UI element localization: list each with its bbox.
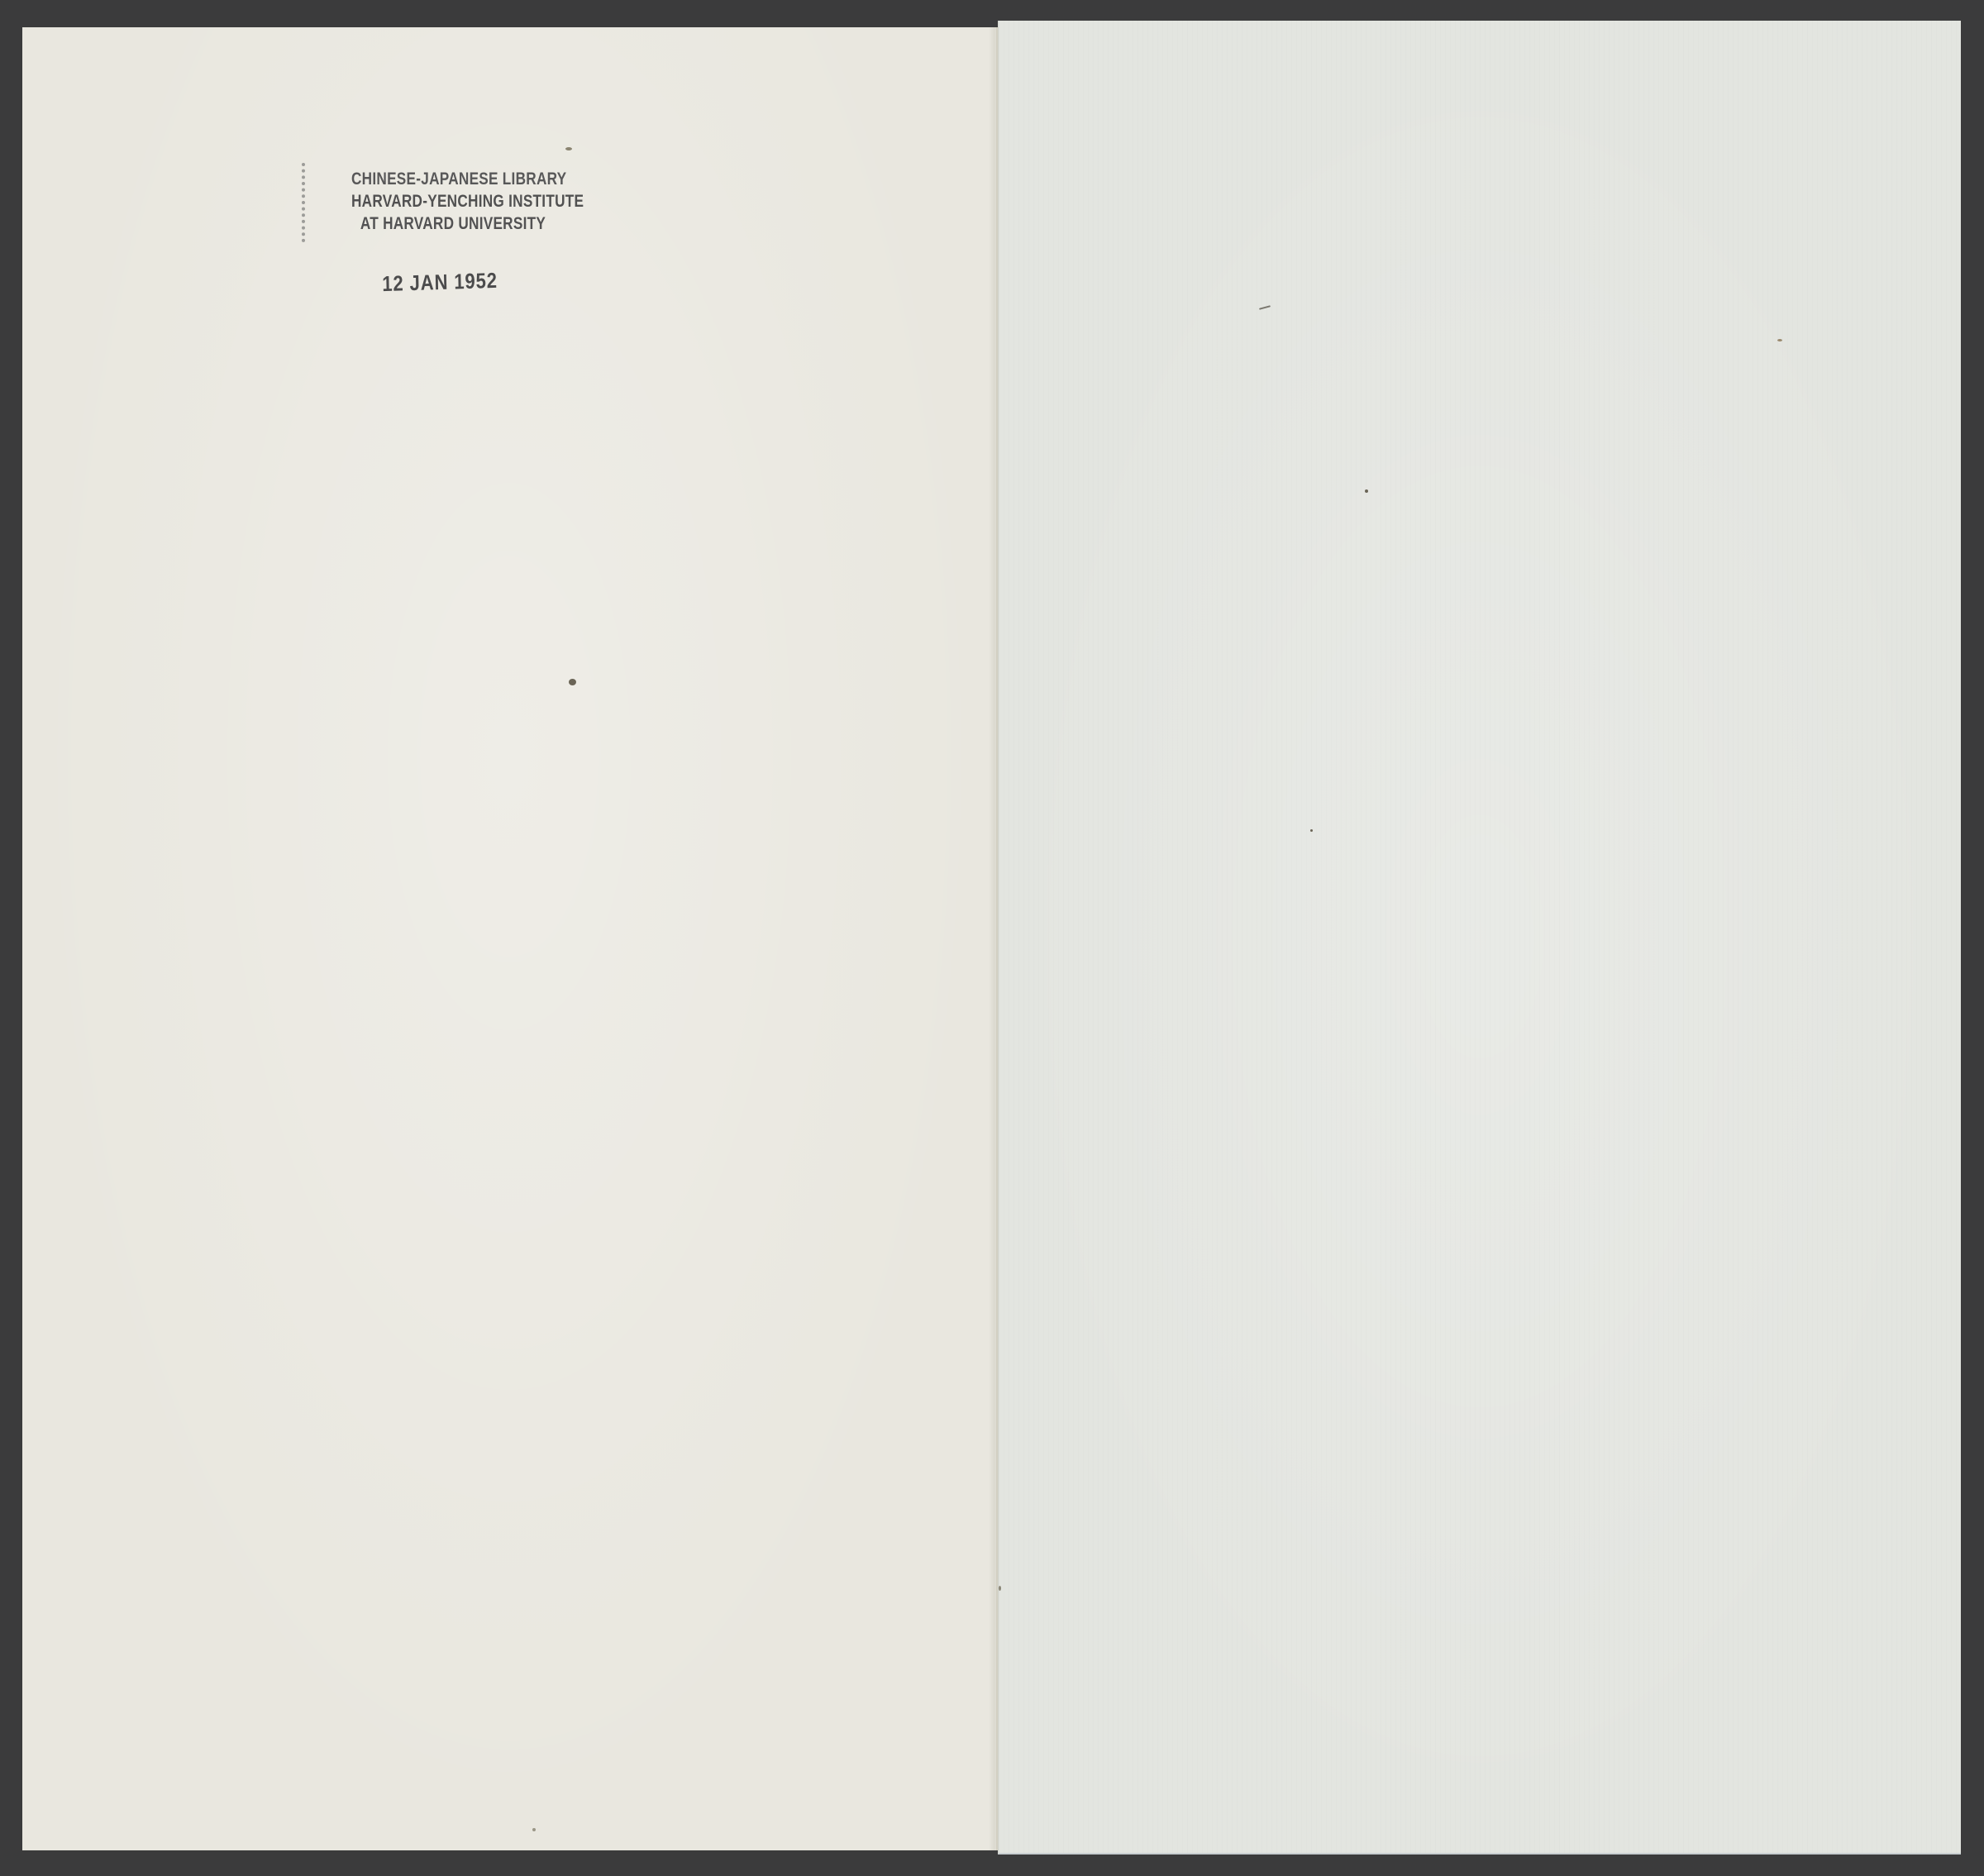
book-gutter: [989, 27, 1000, 1850]
stamp-line-institute: HARVARD-YENCHING INSTITUTE: [351, 190, 555, 212]
paper-speck: [999, 1586, 1001, 1591]
paper-speck: [532, 1828, 536, 1831]
paper-speck: [1777, 339, 1782, 341]
paper-speck: [1365, 489, 1368, 493]
paper-speck: [1310, 829, 1313, 832]
paper-speck: [565, 147, 572, 150]
paper-speck: [569, 679, 576, 685]
stamp-border-mark: [302, 163, 310, 242]
left-page: [22, 27, 998, 1850]
stamp-line-university: AT HARVARD UNIVERSITY: [351, 212, 555, 235]
library-stamp: CHINESE-JAPANESE LIBRARY HARVARD-YENCHIN…: [329, 168, 577, 235]
stamp-date: 12 JAN 1952: [382, 268, 498, 297]
stamp-line-library: CHINESE-JAPANESE LIBRARY: [351, 168, 555, 190]
right-page: [998, 21, 1961, 1855]
